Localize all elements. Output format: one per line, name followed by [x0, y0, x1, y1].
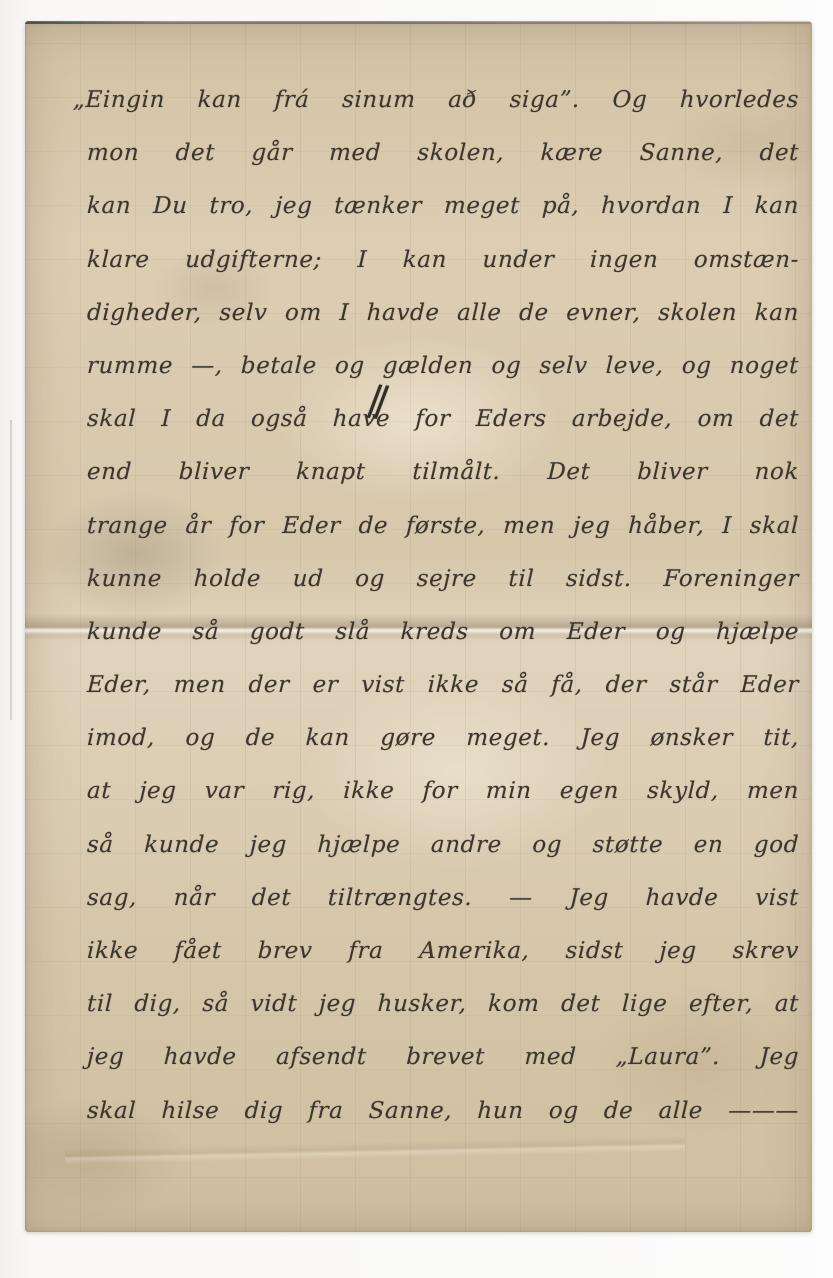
- letter-line: trange år for Eder de første, men jeg hå…: [86, 500, 800, 553]
- letter-line: ikke fået brev fra Amerika, sidst jeg sk…: [86, 925, 800, 978]
- letter-line: „Eingin kan frá sinum að siga”. Og hvorl…: [72, 74, 800, 127]
- letter-line: rumme —, betale og gælden og selv leve, …: [86, 340, 800, 393]
- letter-line: imod, og de kan gøre meget. Jeg ønsker t…: [86, 712, 800, 765]
- letter-line: så kunde jeg hjælpe andre og støtte en g…: [86, 819, 800, 872]
- scan-background: „Eingin kan frá sinum að siga”. Og hvorl…: [0, 0, 833, 1278]
- letter-line: kan Du tro, jeg tænker meget på, hvordan…: [86, 180, 800, 233]
- letter-line: digheder, selv om I havde alle de evner,…: [86, 287, 800, 340]
- letter-line: klare udgifterne; I kan under ingen omst…: [86, 234, 800, 287]
- letter-line: skal hilse dig fra Sanne, hun og de alle…: [86, 1085, 800, 1138]
- letter-page: „Eingin kan frá sinum að siga”. Og hvorl…: [25, 22, 812, 1232]
- letter-line: til dig, så vidt jeg husker, kom det lig…: [86, 978, 800, 1031]
- letter-body: „Eingin kan frá sinum að siga”. Og hvorl…: [87, 74, 799, 1138]
- letter-line: sag, når det tiltrængtes. — Jeg havde vi…: [86, 872, 800, 925]
- letter-line: jeg havde afsendt brevet med „Laura”. Je…: [86, 1031, 800, 1084]
- letter-line: kunne holde ud og sejre til sidst. Foren…: [86, 553, 800, 606]
- letter-line: kunde så godt slå kreds om Eder og hjælp…: [86, 606, 800, 659]
- letter-line: end bliver knapt tilmålt. Det bliver nok: [86, 446, 800, 499]
- letter-line: skal I da også have for Eders arbejde, o…: [86, 393, 800, 446]
- letter-line: at jeg var rig, ikke for min egen skyld,…: [86, 765, 800, 818]
- letter-line: mon det går med skolen, kære Sanne, det: [86, 127, 800, 180]
- letter-line: Eder, men der er vist ikke så få, der st…: [86, 659, 800, 712]
- paper-crinkle: [65, 1136, 685, 1165]
